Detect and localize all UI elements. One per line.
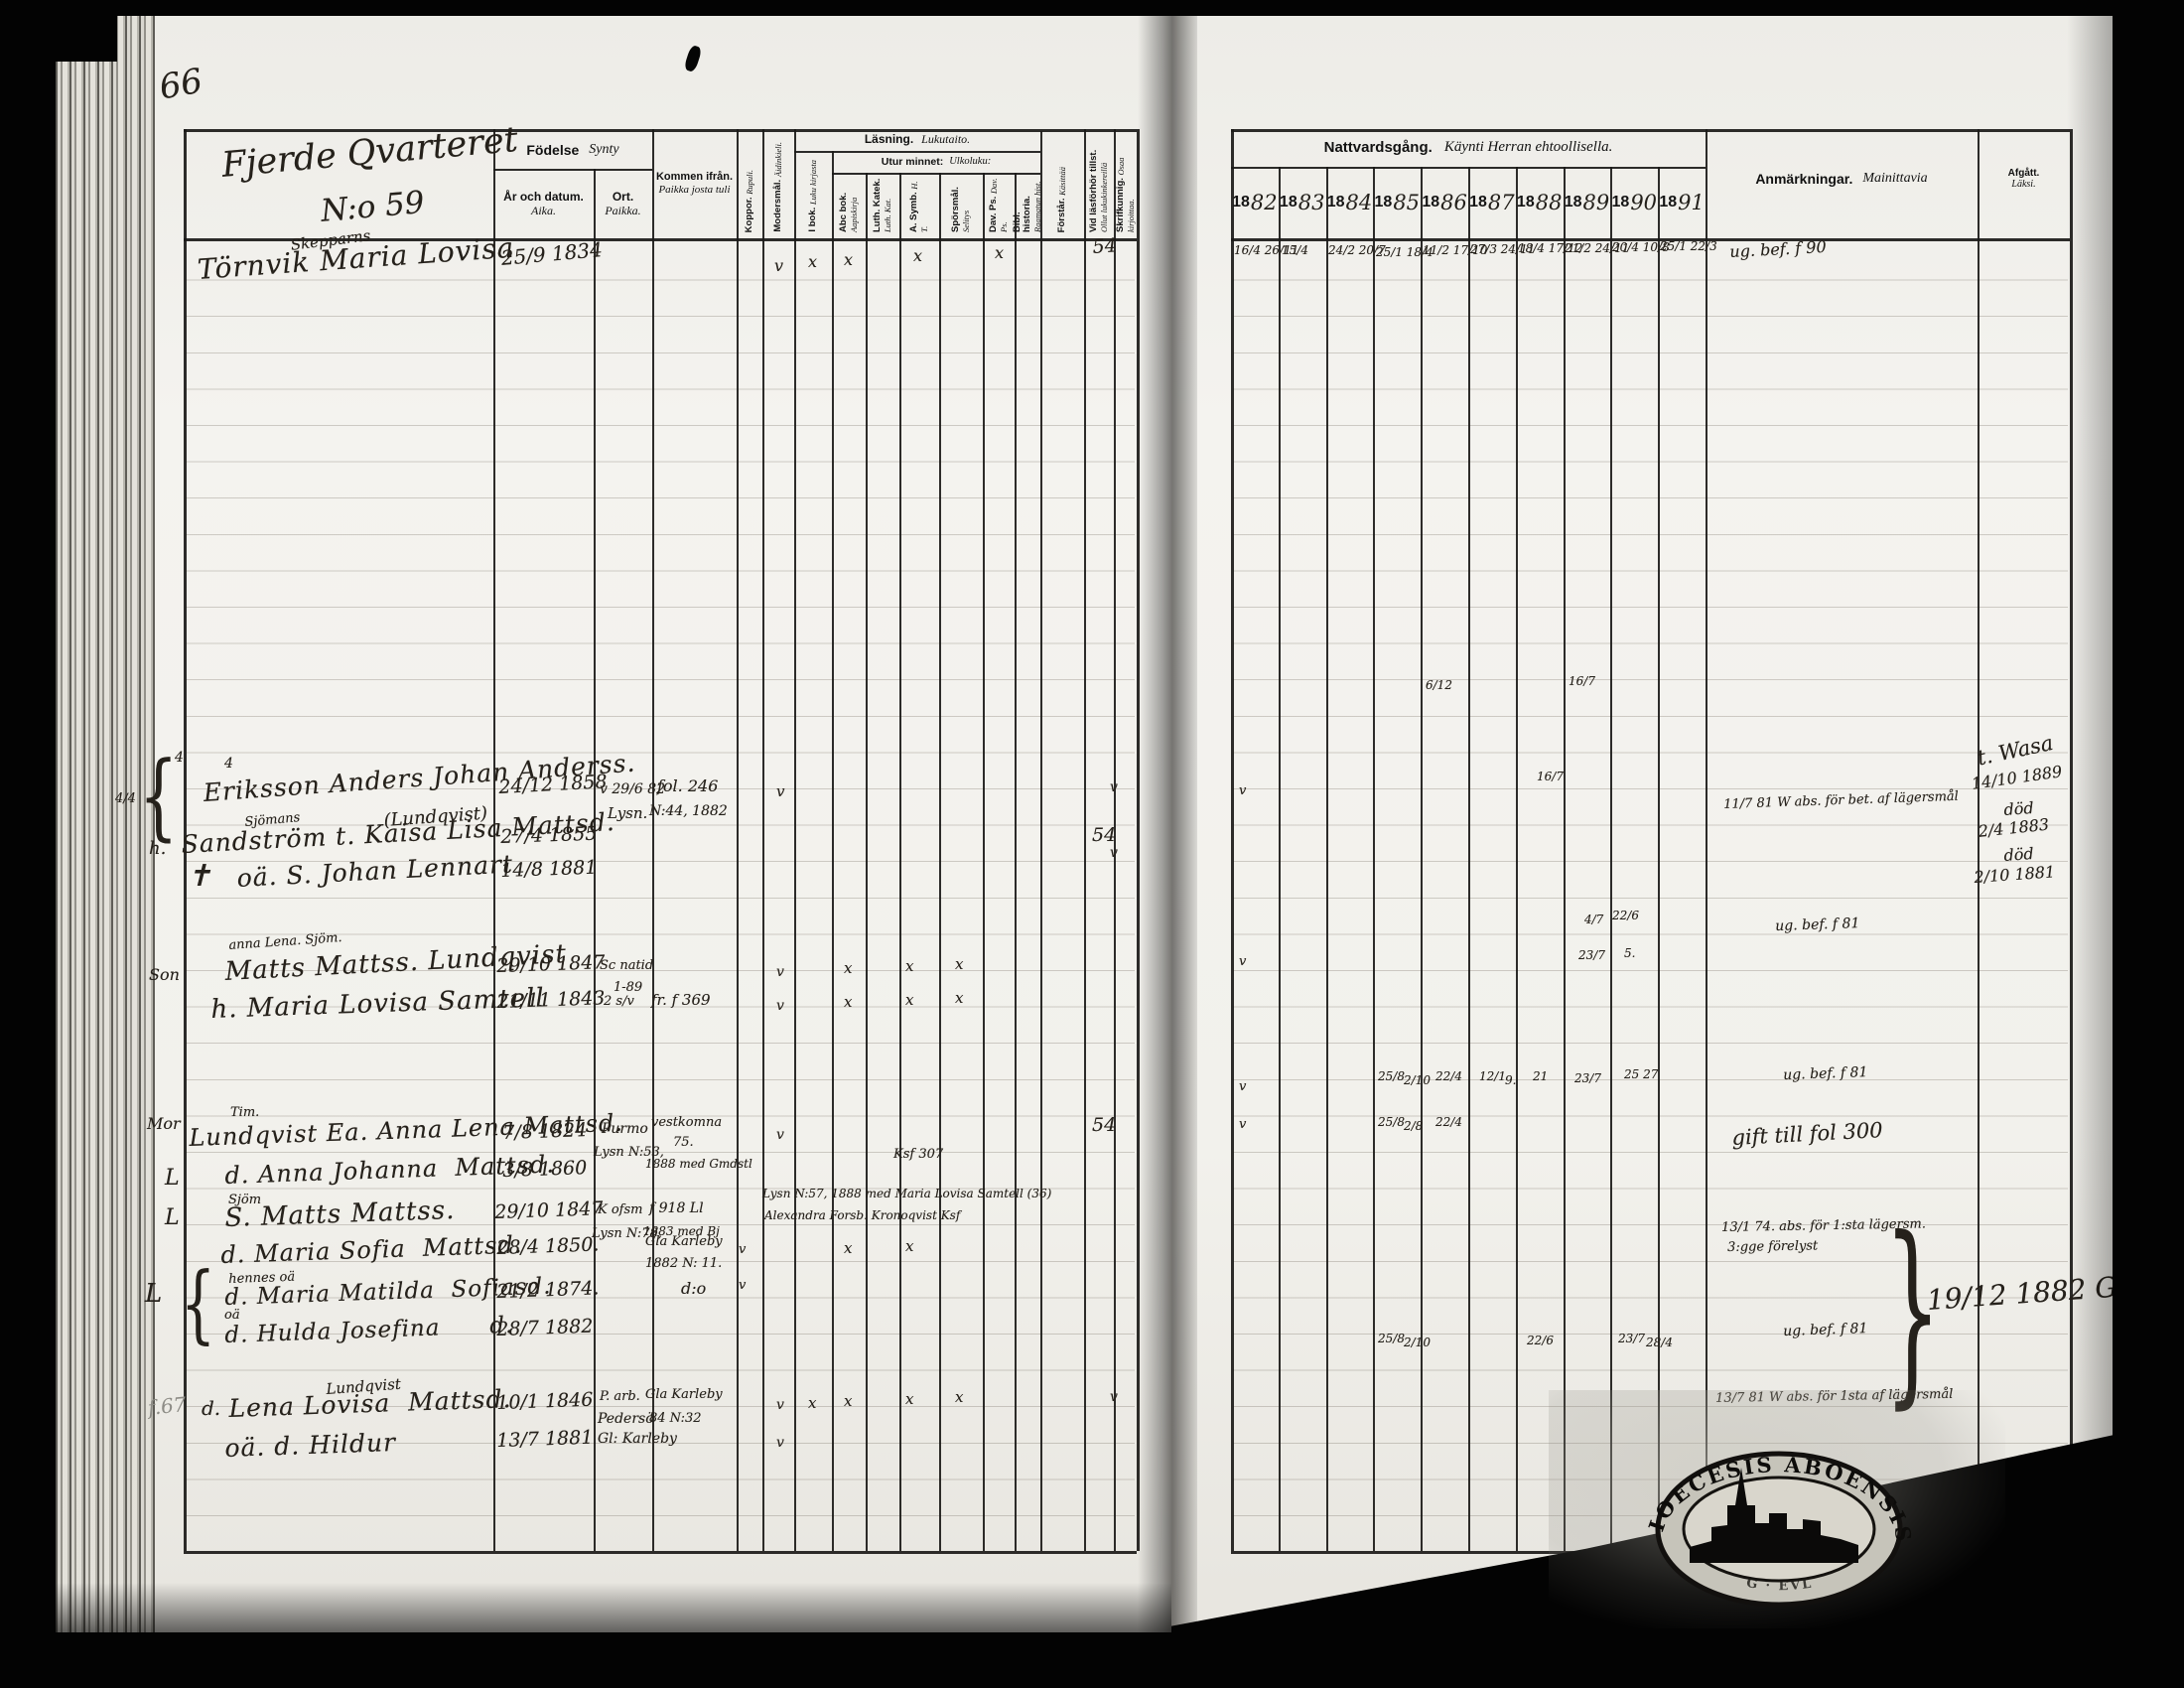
grid-vline [939,173,941,1551]
communion-entry: 25/8 [1378,1070,1405,1082]
col-header-departed: Afgått. Läksi. [1978,151,2070,207]
reading-sv: Läsning. [865,133,913,147]
remarks-fi: Mainittavia [1862,171,1927,187]
grid-vline [652,129,654,1551]
reading-fi: Lukutaito. [921,133,970,147]
mark: x [905,1392,913,1407]
col-header-reading-group: Läsning. Lukutaito. [794,130,1040,150]
margin-brace: { [139,757,178,837]
col-header-questions: Spörsmål. Selitys [939,174,983,236]
page-ref: 54 [1092,236,1117,257]
grid-hline [794,151,1040,153]
mark: x [808,1396,816,1411]
col-header-abc-book: Abc bok. Aapiskirja [832,174,866,236]
grid-vline [983,173,985,1551]
col-header-arrived: Kommen ifrån. Paikka josta tuli [652,149,737,218]
arrival-note: N:44, 1882 [649,804,728,818]
col-header-exam-attended: Vid läsförhör tillst. Ollut lukukinkerei… [1084,131,1114,236]
mark: v [774,258,783,274]
mark: v [1239,1080,1246,1093]
grid-vline [1084,129,1086,1551]
birth-group-fi: Synty [589,142,618,158]
communion-entry: 23/7 [1574,1072,1601,1084]
diocese-seal: DIOECESIS ABOENSIS. G · EVL [1632,1442,1926,1622]
in-book-sv: I bok. [807,208,818,232]
margin-note: L [145,1281,162,1307]
mark: x [844,1394,852,1409]
grid-hline [184,129,1137,132]
margin-note: h. [149,840,166,858]
mark: v [776,1398,784,1412]
col-header-catechism: Luth. Katek. Luth. Kat. [866,174,899,236]
place-note: K ofsm [598,1203,642,1216]
year-header-1884: 1884 [1326,167,1374,238]
year-header-1890: 1890 [1610,167,1658,238]
mark: x [844,1241,852,1256]
understands-fi: Käsittää [1057,167,1067,196]
family-note: oä [224,1309,240,1322]
col-header-bible-history: Bibl. historia. Raamatun hist. [1015,174,1040,236]
col-header-smallpox: Koppor. Rupuli. [737,131,762,236]
abc-sv: Abc bok. [838,193,849,232]
year-header-1889: 1889 [1564,167,1611,238]
mark: x [955,1390,963,1405]
memory-fi: Ulkoluku: [949,156,991,168]
mark: v [776,999,784,1013]
writing-sv: Skrifkunnig. [1115,178,1126,232]
col-header-communion-group: Nattvardsgång. Käynti Herran ehtoollisel… [1231,131,1706,165]
margin-note: 4 [224,757,233,771]
col-header-in-book: I bok. Luku kirjasta [794,152,832,236]
mark: v [1239,1118,1246,1131]
arrival-note: 1882 N: 11. [645,1257,722,1270]
grid-hline [1231,129,2070,132]
margin-note: 4 [175,751,184,765]
communion-entry: 2/10 [1404,1336,1431,1348]
arrival-note: fr. f 369 [651,993,711,1008]
memory-sv: Utur minnet: [882,156,943,168]
mark: v [776,1436,784,1450]
margin-note: L [165,1168,180,1190]
place-note: Purmo [602,1122,648,1136]
arrival-note: 75. [673,1136,694,1149]
birth-date-sv: År och datum. [503,191,584,205]
communion-entry: 12/1 [1479,1070,1506,1082]
communion-entry: 25/8 [1378,1333,1405,1344]
family-note: Tim. [230,1106,259,1119]
communion-entry: 4/7 [1584,914,1603,925]
year-header-1891: 1891 [1658,167,1706,238]
arrival-note: 1888 med Gmdstl [645,1158,752,1170]
remarks-sv: Anmärkningar. [1755,171,1852,187]
year-header-1888: 1888 [1516,167,1564,238]
overflow-note: Ksf 307 [893,1148,943,1161]
page-right-shade [2067,16,2115,1634]
margin-note: Mor [147,1116,181,1132]
grid-vline [1373,167,1375,1551]
communion-entry: 21 [1533,1070,1548,1082]
mark: x [955,957,963,972]
catechism-sv: Luth. Katek. [872,179,883,232]
mark: v [776,784,784,799]
grid-vline [1516,167,1518,1551]
ruled-lines-right [1233,244,2068,1549]
mark: x [905,1239,913,1254]
birth-date: 21/2 1874. [496,1279,600,1302]
understands-sv: Förstår. [1056,198,1067,232]
mark: x [844,961,852,976]
smallpox-fi: Rupuli. [745,170,754,195]
mark: x [905,993,913,1008]
remark: ug. bef. f 81 [1775,916,1860,933]
quarter-number: N:o 59 [320,188,426,227]
birth-date: 3/8 1860 [502,1159,588,1181]
col-header-birth-date: År och datum. Aika. [493,175,594,234]
grid-vline [737,129,739,1551]
birth-date: 28/7 1882 [496,1318,594,1339]
communion-entry: 15/4 [1282,244,1308,256]
communion-entry: 23/7 [1618,1333,1645,1344]
mark: v [776,965,784,979]
grid-vline [1564,167,1566,1551]
symbolum-sv: A. Symb. [908,192,919,232]
communion-entry: 25/8 [1378,1116,1405,1128]
birth-date: 27/4 1855 [500,825,598,847]
mark: x [913,248,922,264]
grid-vline [1279,167,1281,1551]
birth-place-sv: Ort. [613,191,633,205]
communion-entry: 16/7 [1537,771,1564,782]
mark: v [1110,1390,1118,1404]
communion-entry: 2/10 [1404,1074,1431,1086]
mark: x [808,254,817,270]
birth-date: 21/11 1843 [496,989,606,1012]
place-note: 2 s/v [604,995,634,1008]
arrival-note: f 918 Ll [649,1201,704,1215]
departed-note: död [2003,846,2034,864]
backdrop-corner [0,0,117,62]
grid-vline [794,129,796,1551]
mark: v [1110,780,1118,794]
arrival-note: vestkomna [651,1116,722,1129]
col-header-writing: Skrifkunnig. Osaa kirjoittaa. [1114,131,1137,236]
grid-vline [866,173,868,1551]
birth-date: 28/4 1850. [496,1235,600,1258]
communion-entry: 22/6 [1612,910,1639,921]
grid-vline [1231,129,1234,1551]
smallpox-sv: Koppor. [744,197,754,232]
mark: v [776,1128,784,1142]
communion-sv: Nattvardsgång. [1324,139,1433,156]
communion-entry: 16/7 [1569,675,1595,687]
birth-date: 14/8 1881 [500,859,598,881]
communion-entry: 22/6 [1527,1335,1554,1346]
place-note: 1-89 [614,981,642,994]
communion-entry: 9. [1505,1074,1516,1086]
col-header-understands: Förstår. Käsittää [1040,131,1084,236]
remark: 3:gge förelyst [1727,1239,1818,1254]
grid-hline [1231,167,1706,169]
abc-fi: Aapiskirja [849,198,859,232]
place-note: Sc natid [600,959,653,972]
mother-tongue-sv: Modersmål. [772,180,783,232]
exam-attended-fi: Ollut lukukinkereillä [1099,163,1109,232]
col-header-memory-group: Utur minnet: Ulkoluku: [832,152,1040,172]
communion-entry: 2/8 [1404,1120,1423,1132]
communion-fi: Käynti Herran ehtoollisella. [1444,139,1613,156]
in-book-fi: Luku kirjasta [808,160,818,205]
remark: ug. bef. f 81 [1783,1065,1868,1082]
birth-date: 7/8 1824 [502,1121,588,1143]
year-header-1886: 1886 [1421,167,1468,238]
arrived-fi: Paikka josta tuli [658,184,730,197]
mark: x [995,245,1004,261]
birth-date: 13/7 1881 [496,1429,594,1451]
communion-entry: 22/4 [1435,1116,1462,1128]
birth-place-fi: Paikka. [605,205,640,218]
questions-sv: Spörsmål. [950,187,961,232]
departed-note: död [2003,800,2034,818]
grid-vline [1706,129,1707,1551]
grid-vline [1326,167,1328,1551]
margin-note: d. [202,1398,220,1418]
arrival-note: fol. 246 [657,778,718,794]
mark: x [955,991,963,1006]
grid-vline [832,151,834,1551]
year-header-1885: 1885 [1373,167,1421,238]
arrival-note: d:o [681,1281,706,1297]
backdrop-top [0,0,2184,16]
communion-entry: 6/12 [1426,679,1452,691]
arrival-note: Gla Karleby [645,1235,723,1248]
page-number: 66 [157,64,205,104]
margin-note: Son [149,967,180,983]
communion-entry: 5. [1624,947,1635,959]
ruled-lines-left [186,244,1135,1549]
grid-vline [1468,167,1470,1551]
col-header-mother-tongue: Modersmål. Äidinkieli. [762,131,794,236]
grid-hline [184,1551,1137,1554]
psalms-sv: Dav. Ps. [988,197,999,232]
questions-fi: Selitys [961,211,971,232]
grid-vline [1610,167,1612,1551]
communion-entry: 25 27 [1624,1068,1658,1080]
margin-note: L [165,1207,180,1229]
grid-vline [762,129,764,1551]
margin-note: 4/4 [115,792,136,805]
remark: ug. bef. f 81 [1783,1322,1868,1338]
backdrop-bottom [0,1632,2184,1688]
col-header-birth-place: Ort. Paikka. [594,175,652,234]
mark: x [905,959,913,974]
arrival-note: 84 N:32 [649,1412,702,1425]
birth-date: 10/1 1846 [496,1391,594,1413]
place-note: P. arb. [600,1390,640,1403]
mark: v [739,1279,746,1292]
death-cross: ✝ [187,862,211,892]
birth-date-fi: Aika. [531,205,556,218]
departed-sv: Afgått. [2008,168,2040,180]
departed-fi: Läksi. [2011,179,2035,191]
scanned-parish-register: Födelse Synty År och datum. Aika. Ort. P… [0,0,2184,1688]
mark: x [844,995,852,1010]
col-header-remarks: Anmärkningar. Mainittavia [1706,159,1978,199]
page-ref: 54 [1092,826,1116,845]
grid-hline [832,173,1040,175]
page-bottom-shade [56,1583,1171,1634]
book-gutter [1138,16,1197,1634]
year-header-1882: 1882 [1231,167,1279,238]
year-header-1887: 1887 [1468,167,1516,238]
overflow-note: Lysn N:57, 1888 med Maria Lovisa Samtell… [762,1188,1051,1199]
birth-date: 29/10 1847 [494,1199,604,1222]
year-header-1883: 1883 [1279,167,1326,238]
arrived-sv: Kommen ifrån. [656,171,733,184]
communion-entry: 22/4 [1435,1070,1462,1082]
mark: x [844,252,853,268]
catechism-fi: Luth. Kat. [883,199,892,232]
grid-vline [1040,131,1042,1551]
birth-group-sv: Födelse [526,142,579,158]
person-name: oä. d. Hildur [224,1430,396,1461]
col-header-symbolum: A. Symb. H. T. [899,174,939,236]
grid-vline [1015,173,1017,1551]
backdrop-right [2113,0,2184,1688]
grid-vline [899,173,901,1551]
mark: v [739,1243,746,1256]
mark: v [1239,955,1246,968]
mark: v [1239,784,1246,797]
grid-hline [493,169,652,171]
communion-entry: 25/1 22/3 [1660,240,1717,252]
person-name: S. Matts Mattss. [224,1197,456,1231]
overflow-note: Alexandra Forsb. Kronoqvist Ksf [764,1209,960,1221]
exam-attended-sv: Vid läsförhör tillst. [1088,150,1099,232]
backdrop-left [0,0,56,1688]
communion-entry: 28/4 [1646,1336,1673,1348]
arrival-note: Gla Karleby [645,1388,723,1401]
place-note: v 29/6 82 [600,782,665,796]
place-note: Pedersö [598,1412,654,1426]
place-note: Gl: Karleby [598,1432,677,1446]
mark: v [1110,846,1118,860]
mother-tongue-fi: Äidinkieli. [773,142,783,177]
col-header-psalms: Dav. Ps. Dav. Ps. [983,174,1015,236]
birth-date: 29/10 1847 [496,953,606,976]
margin-note: f.67 [147,1394,187,1418]
communion-entry: 23/7 [1578,949,1605,961]
margin-brace: { [181,1269,215,1340]
page-ref: 54 [1092,1116,1116,1135]
